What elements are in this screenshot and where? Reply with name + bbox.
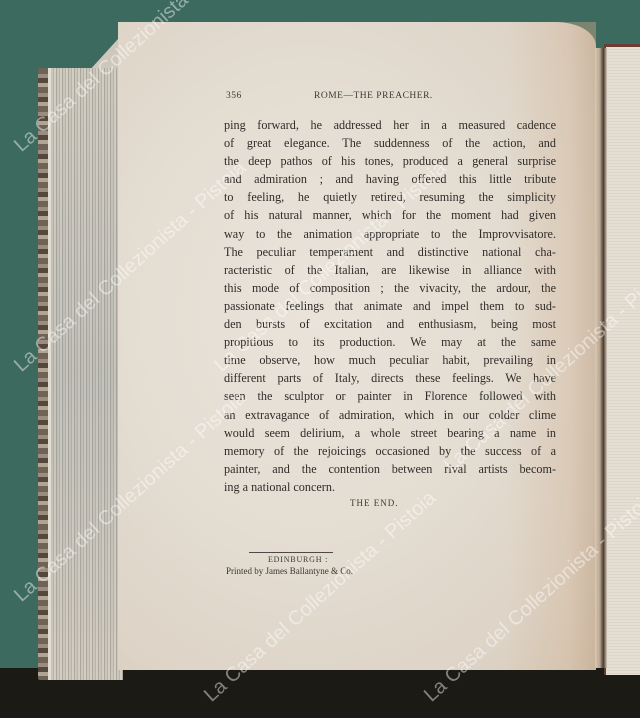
imprint-rule [249, 552, 333, 553]
text-line: this mode of composition ; the vivacity,… [224, 279, 556, 297]
page-block-top [48, 28, 128, 72]
text-line: ping forward, he addressed her in a meas… [224, 116, 556, 134]
text-line: ing a national concern. [224, 478, 556, 496]
text-line: different parts of Italy, directs these … [224, 369, 556, 387]
page-block-edge [48, 68, 123, 680]
facing-endpaper [604, 44, 640, 675]
imprint-printer: Printed by James Ballantyne & Co. [226, 566, 353, 576]
text-line: propitious to its production. We may at … [224, 333, 556, 351]
text-line: would seem delirium, a whole street bear… [224, 424, 556, 442]
text-line: painter, and the contention between riva… [224, 460, 556, 478]
imprint-city: EDINBURGH : [268, 555, 328, 564]
body-text: ping forward, he addressed her in a meas… [224, 116, 556, 496]
text-line: The peculiar temperament and distinctive… [224, 243, 556, 261]
book-gutter [595, 48, 607, 668]
text-line: an extravagance of admiration, which in … [224, 406, 556, 424]
text-line: passionate feelings that animate and imp… [224, 297, 556, 315]
text-line: way to the animation appropriate to the … [224, 225, 556, 243]
text-line: of great elegance. The suddenness of the… [224, 134, 556, 152]
page-number: 356 [226, 91, 242, 101]
text-line: to feeling, he quietly retired, resuming… [224, 188, 556, 206]
text-line: seen the sculptor or painter in Florence… [224, 387, 556, 405]
text-line: den bursts of excitation and enthusiasm,… [224, 315, 556, 333]
text-line: memory of the rejoicings occasioned by t… [224, 442, 556, 460]
text-line: time observe, how much peculiar habit, p… [224, 351, 556, 369]
text-line: the deep pathos of his tones, produced a… [224, 152, 556, 170]
text-line: and admiration ; and having offered this… [224, 170, 556, 188]
text-line: racteristic of the Italian, are likewise… [224, 261, 556, 279]
text-line: of his natural manner, which for the mom… [224, 206, 556, 224]
the-end-label: THE END. [350, 498, 399, 508]
running-head-title: ROME—THE PREACHER. [314, 91, 433, 101]
